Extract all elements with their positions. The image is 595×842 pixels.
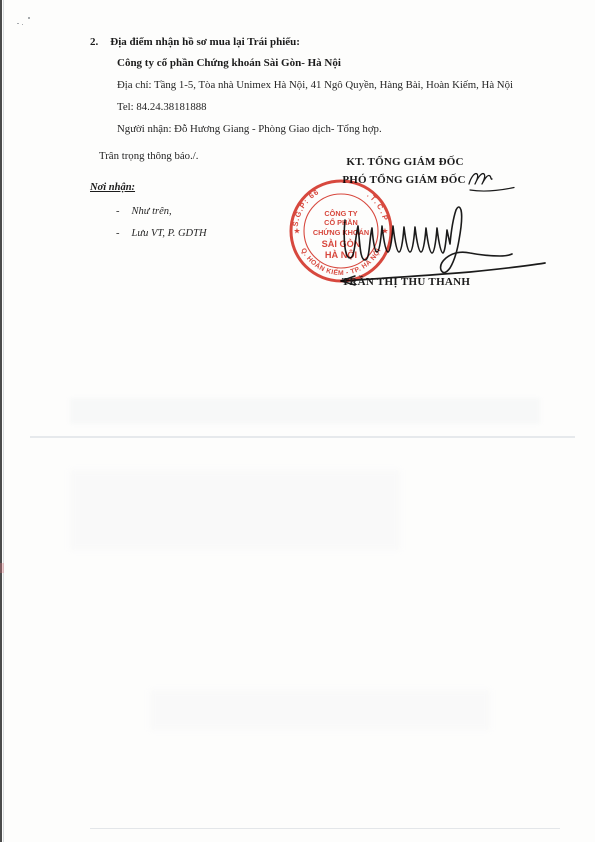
company-tel: Tel: 84.24.38181888 <box>117 101 207 114</box>
bleedthrough-smudge <box>150 690 490 730</box>
recipients-item: -Như trên, <box>116 205 172 218</box>
bullet-dash: - <box>116 206 120 217</box>
recipients-item-text: Như trên, <box>132 206 172 217</box>
scan-speck <box>28 17 30 19</box>
scan-edge-line <box>0 0 2 842</box>
scan-edge-line-light <box>3 0 4 842</box>
signer-name: TRẦN THỊ THU THANH <box>301 276 511 290</box>
bleedthrough-line <box>30 436 575 438</box>
company-address: Địa chỉ: Tầng 1-5, Tòa nhà Unimex Hà Nội… <box>117 79 513 92</box>
scan-speck <box>22 24 23 25</box>
recipients-item-text: Lưu VT, P. GDTH <box>132 228 207 239</box>
section-2-heading-row: 2.Địa điểm nhận hồ sơ mua lại Trái phiếu… <box>90 36 300 50</box>
recipients-item: -Lưu VT, P. GDTH <box>116 227 207 240</box>
document-page: 2.Địa điểm nhận hồ sơ mua lại Trái phiếu… <box>0 0 595 842</box>
recipients-label: Nơi nhận: <box>90 181 135 194</box>
company-name: Công ty cổ phần Chứng khoán Sài Gòn- Hà … <box>117 57 341 71</box>
scan-speck <box>17 23 19 24</box>
bleedthrough-smudge <box>70 470 400 550</box>
bleedthrough-line <box>90 828 560 829</box>
stamp-star-left-icon: ★ <box>293 227 300 236</box>
section-heading: Địa điểm nhận hồ sơ mua lại Trái phiếu: <box>110 36 300 48</box>
contact-person: Người nhận: Đỗ Hương Giang - Phòng Giao … <box>117 123 382 136</box>
section-number: 2. <box>90 36 98 48</box>
bleedthrough-smudge <box>70 398 540 424</box>
closing-phrase: Trân trọng thông báo./. <box>99 150 198 163</box>
bullet-dash: - <box>116 228 120 239</box>
